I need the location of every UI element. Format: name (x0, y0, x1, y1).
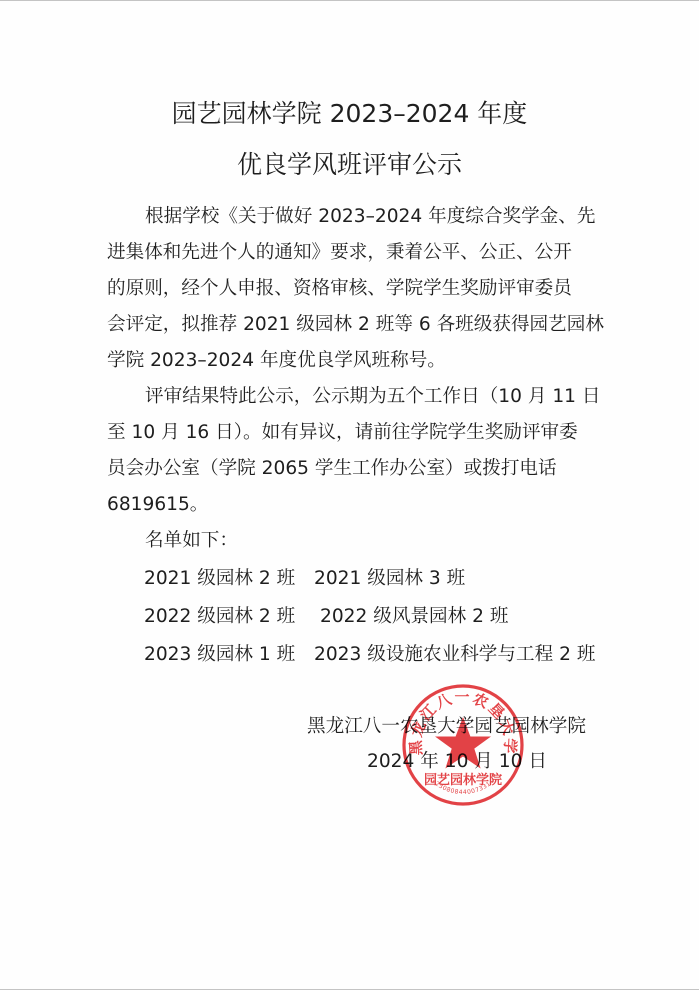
class-item: 2021 级园林 2 班 (144, 560, 314, 598)
class-item: 2023 级园林 1 班 (144, 636, 314, 674)
class-item: 2022 级园林 2 班 (144, 598, 314, 636)
paragraph-line: 员会办公室（学院 2065 学生工作办公室）或拨打电话 (107, 451, 597, 487)
paragraph-line: 至 10 月 16 日）。如有异议，请前往学院学生奖励评审委 (107, 415, 597, 451)
paragraph-line: 学院 2023–2024 年度优良学风班称号。 (107, 343, 597, 379)
class-item: 2022 级风景园林 2 班 (314, 598, 508, 636)
paragraph-line: 6819615。 (107, 487, 597, 523)
class-row: 2022 级园林 2 班 2022 级风景园林 2 班 (144, 598, 595, 636)
class-item: 2021 级园林 3 班 (314, 560, 465, 598)
class-row: 2021 级园林 2 班 2021 级园林 3 班 (144, 560, 595, 598)
document-title-line2: 优良学风班评审公示 (0, 150, 699, 180)
official-seal-stamp: 黑龙江八一农垦大学 园艺园林学院 23080844007331 (401, 683, 525, 807)
list-intro-text: 名单如下： (107, 523, 597, 559)
class-item: 2023 级设施农业科学与工程 2 班 (314, 636, 595, 674)
list-intro: 名单如下： (107, 523, 597, 559)
paragraph-line: 进集体和先进个人的通知》要求，秉着公平、公正、公开 (107, 235, 597, 271)
document-title-line1: 园艺园林学院 2023–2024 年度 (0, 99, 699, 129)
class-list: 2021 级园林 2 班 2021 级园林 3 班 2022 级园林 2 班 2… (144, 560, 595, 674)
seal-icon: 黑龙江八一农垦大学 园艺园林学院 23080844007331 (401, 683, 525, 807)
class-row: 2023 级园林 1 班 2023 级设施农业科学与工程 2 班 (144, 636, 595, 674)
paragraph-line: 评审结果特此公示，公示期为五个工作日（10 月 11 日 (107, 379, 597, 415)
paragraph-line: 的原则，经个人申报、资格审核、学院学生奖励评审委员 (107, 271, 597, 307)
paragraph-publicity: 评审结果特此公示，公示期为五个工作日（10 月 11 日 至 10 月 16 日… (107, 379, 597, 523)
paragraph-line: 会评定，拟推荐 2021 级园林 2 班等 6 各班级获得园艺园林 (107, 307, 597, 343)
paragraph-basis: 根据学校《关于做好 2023–2024 年度综合奖学金、先 进集体和先进个人的通… (107, 199, 597, 379)
page-top-edge (0, 0, 699, 1)
paragraph-line: 根据学校《关于做好 2023–2024 年度综合奖学金、先 (107, 199, 597, 235)
